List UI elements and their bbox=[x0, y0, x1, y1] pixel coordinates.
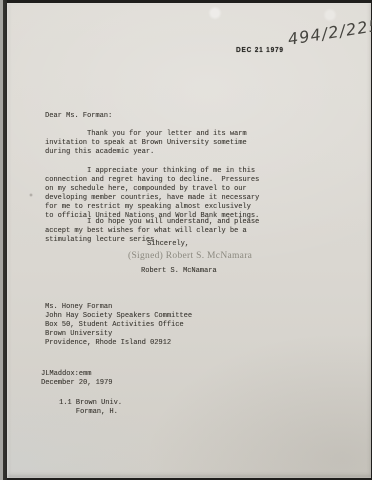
signature-stamp: (Signed) Robert S. McNamara bbox=[128, 251, 252, 261]
recipient-address-block: Ms. Honey Forman John Hay Society Speake… bbox=[45, 303, 192, 348]
scanned-letter-image: DEC 21 1979 494/2/225 Dear Ms. Forman: T… bbox=[0, 0, 372, 480]
body-paragraph-2: I appreciate your thinking of me in this… bbox=[45, 167, 259, 221]
closing-line: Sincerely, bbox=[147, 240, 189, 249]
handwritten-archive-number: 494/2/225 bbox=[287, 16, 372, 49]
typist-reference-and-date: JLMaddox:emm December 20, 1979 bbox=[41, 370, 112, 388]
body-paragraph-1: Thank you for your letter and its warm i… bbox=[45, 130, 247, 157]
signature-typed-name: Robert S. McNamara bbox=[141, 267, 217, 276]
received-date-stamp: DEC 21 1979 bbox=[236, 46, 284, 54]
salutation: Dear Ms. Forman: bbox=[45, 112, 112, 121]
file-note: 1.1 Brown Univ. Forman, H. bbox=[59, 399, 122, 417]
letter-page: DEC 21 1979 494/2/225 Dear Ms. Forman: T… bbox=[7, 3, 371, 478]
